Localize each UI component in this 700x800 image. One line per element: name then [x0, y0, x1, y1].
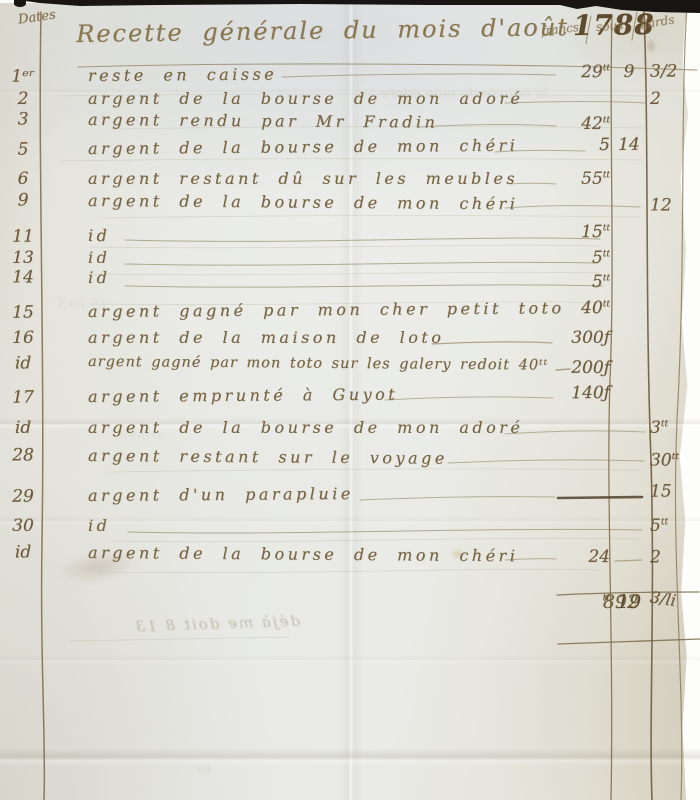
row-description: argent de la bourse de mon chéri — [88, 543, 518, 565]
row-amount-francs: 55tt — [556, 169, 610, 189]
ledger-row: 16argent de la maison de loto300ƒ — [0, 328, 700, 354]
row-date: 28 — [8, 445, 38, 465]
row-description: argent emprunté à Guyot — [88, 385, 398, 406]
row-description: id — [88, 248, 110, 267]
row-date: 13 — [8, 248, 38, 268]
manuscript-ledger-page: Dates Recette générale du mois d'août178… — [0, 0, 700, 800]
row-amount-sous: 14 — [613, 135, 645, 155]
ledger-row: idargent gagné par mon toto sur les gale… — [0, 353, 700, 384]
row-description: argent rendu par Mr Fradin — [88, 110, 438, 132]
row-date: 29 — [8, 486, 38, 506]
row-amount-liards: 5tt — [650, 516, 698, 536]
row-amount-francs: 42tt — [556, 114, 610, 134]
ink-bleed-ghost: la bourse de mon adoré — [380, 86, 548, 102]
ledger-row: 30id5tt — [0, 516, 700, 542]
row-description: argent de la bourse de mon chéri — [88, 191, 518, 213]
row-amount-francs: 24 — [556, 547, 610, 567]
row-amount-francs: 5 — [556, 135, 610, 155]
unit: tt — [603, 63, 610, 73]
row-date: 15 — [8, 302, 38, 322]
unit: tt — [661, 517, 668, 527]
unit: tt — [603, 273, 610, 283]
row-date: 16 — [8, 328, 38, 348]
row-amount-liards: 30tt — [650, 450, 698, 470]
row-date: 30 — [8, 516, 38, 536]
row-amount-liards: 12 — [650, 195, 698, 215]
row-amount-francs: 200ƒ — [556, 358, 610, 378]
row-amount-liards: 2 — [650, 547, 698, 567]
row-amount-francs: 40tt — [556, 298, 610, 318]
row-description: id — [88, 516, 110, 535]
row-date: 3 — [8, 109, 38, 129]
row-amount-francs: 29tt — [556, 62, 610, 82]
row-date: 11 — [8, 226, 38, 246]
unit: tt — [672, 452, 679, 462]
row-description: argent de la bourse de mon chéri — [88, 136, 518, 158]
row-date: id — [8, 418, 38, 438]
row-date: 14 — [8, 267, 38, 287]
row-description: argent de la maison de loto — [88, 328, 444, 347]
ledger-row: 17argent emprunté à Guyot140ƒ — [0, 382, 700, 413]
row-amount-francs: 15tt — [556, 222, 610, 242]
row-description: argent d'un parapluie — [88, 484, 354, 505]
title-text: Recette générale du mois d'août — [76, 13, 569, 48]
total-liards: 3/li — [649, 587, 699, 613]
row-description: argent restant sur le voyage — [88, 446, 448, 468]
unit: tt — [603, 299, 610, 309]
total-row: 892tt 19 3/li — [0, 591, 700, 617]
ink-bleed-ghost: argent — [118, 428, 165, 444]
row-date: 9 — [8, 190, 38, 210]
unit: tt — [603, 223, 610, 233]
total-sous: 19 — [613, 591, 645, 613]
row-amount-francs: 300ƒ — [556, 328, 610, 348]
row-amount-francs: 5tt — [556, 272, 610, 292]
ledger-row: 5argent de la bourse de mon chéri514 — [0, 134, 700, 165]
ledger-row: idargent de la bourse de mon adoré3tt — [0, 418, 700, 444]
unit: tt — [603, 115, 610, 125]
ledger-row: idargent de la bourse de mon chéri242 — [0, 542, 700, 573]
row-amount-francs: 140ƒ — [556, 383, 610, 403]
scan-edge-mark — [14, 0, 26, 7]
total-francs: 892tt — [556, 591, 610, 613]
row-description: id — [88, 268, 111, 287]
ink-bleed-ghost: 10 — [198, 763, 212, 776]
row-date: id — [8, 542, 38, 562]
row-amount-francs: 5tt — [556, 248, 610, 268]
row-date: 17 — [8, 387, 38, 407]
unit: tt — [603, 249, 610, 259]
ledger-row: 28argent restant sur le voyage30tt — [0, 445, 700, 476]
row-description: reste en caisse — [88, 65, 277, 85]
row-amount-liards: 2 — [650, 89, 698, 109]
ledger-row: 9argent de la bourse de mon chéri12 — [0, 190, 700, 221]
row-amount-liards: 15 — [650, 481, 698, 501]
sous-column-header: sous — [596, 18, 624, 34]
row-date: id — [8, 353, 38, 373]
row-description: argent gagné par mon cher petit toto — [88, 298, 565, 321]
unit: tt — [603, 170, 610, 180]
row-description: argent gagné par mon toto sur les galery… — [88, 354, 548, 374]
row-description: id — [88, 226, 111, 245]
ledger-row: 29argent d'un parapluie15 — [0, 481, 700, 512]
ink-bleed-ghost: 15 10 5 — [58, 298, 108, 313]
ledger-row: 14id5tt — [0, 267, 700, 298]
row-description: argent restant dû sur les meubles — [88, 169, 518, 188]
row-amount-liards: 3tt — [650, 418, 698, 438]
row-date: 2 — [8, 89, 38, 109]
row-amount-sous: 9 — [613, 62, 645, 82]
row-date: 5 — [8, 139, 38, 159]
row-date: 1ᵉʳ — [8, 66, 38, 86]
row-amount-liards: 3/2 — [650, 61, 698, 81]
unit: tt — [661, 419, 668, 429]
row-date: 6 — [8, 169, 38, 189]
